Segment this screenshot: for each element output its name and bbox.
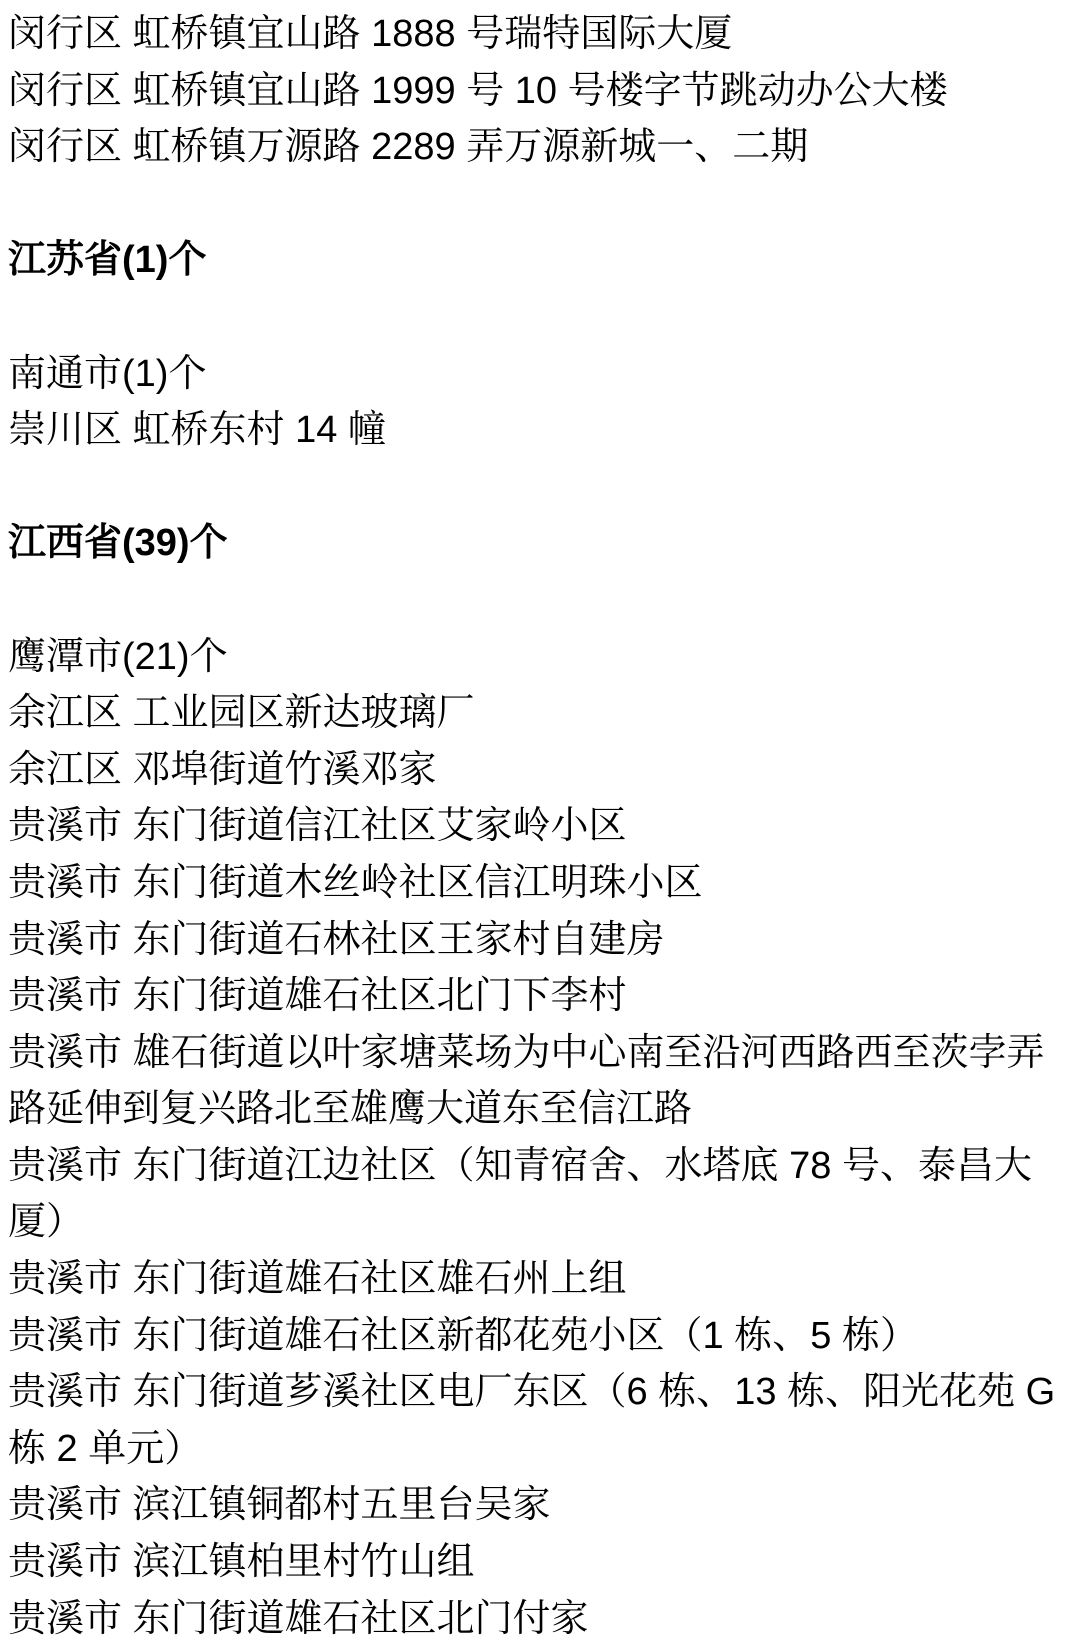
document-page: 闵行区 虹桥镇宜山路 1888 号瑞特国际大厦 闵行区 虹桥镇宜山路 1999 … xyxy=(0,0,1080,1647)
city-header: 南通市(1)个 xyxy=(8,346,1074,403)
address-line: 闵行区 虹桥镇宜山路 1888 号瑞特国际大厦 xyxy=(8,6,1074,63)
blank-line xyxy=(8,176,1074,233)
address-line: 崇川区 虹桥东村 14 幢 xyxy=(8,402,1074,459)
address-line: 贵溪市 东门街道雄石社区北门付家 xyxy=(8,1591,1074,1647)
province-header: 江苏省(1)个 xyxy=(8,232,1074,289)
address-line: 余江区 邓埠街道竹溪邓家 xyxy=(8,742,1074,799)
address-line: 贵溪市 东门街道木丝岭社区信江明珠小区 xyxy=(8,855,1074,912)
address-line: 贵溪市 东门街道雄石社区雄石州上组 xyxy=(8,1251,1074,1308)
address-line: 余江区 工业园区新达玻璃厂 xyxy=(8,685,1074,742)
address-line: 闵行区 虹桥镇宜山路 1999 号 10 号楼字节跳动办公大楼 xyxy=(8,63,1074,120)
province-header: 江西省(39)个 xyxy=(8,515,1074,572)
blank-line xyxy=(8,459,1074,516)
address-line: 贵溪市 东门街道江边社区（知青宿舍、水塔底 78 号、泰昌大厦） xyxy=(8,1138,1074,1251)
address-line: 贵溪市 东门街道芗溪社区电厂东区（6 栋、13 栋、阳光花苑 G 栋 2 单元） xyxy=(8,1364,1074,1477)
address-line: 贵溪市 东门街道雄石社区北门下李村 xyxy=(8,968,1074,1025)
city-header: 鹰潭市(21)个 xyxy=(8,629,1074,686)
address-line: 贵溪市 滨江镇柏里村竹山组 xyxy=(8,1534,1074,1591)
blank-line xyxy=(8,572,1074,629)
blank-line xyxy=(8,289,1074,346)
address-line: 贵溪市 滨江镇铜都村五里台吴家 xyxy=(8,1477,1074,1534)
address-line: 贵溪市 东门街道石林社区王家村自建房 xyxy=(8,912,1074,969)
address-line: 贵溪市 东门街道雄石社区新都花苑小区（1 栋、5 栋） xyxy=(8,1308,1074,1365)
address-line: 闵行区 虹桥镇万源路 2289 弄万源新城一、二期 xyxy=(8,119,1074,176)
address-line: 贵溪市 雄石街道以叶家塘菜场为中心南至沿河西路西至茨孛弄路延伸到复兴路北至雄鹰大… xyxy=(8,1025,1074,1138)
address-line: 贵溪市 东门街道信江社区艾家岭小区 xyxy=(8,798,1074,855)
